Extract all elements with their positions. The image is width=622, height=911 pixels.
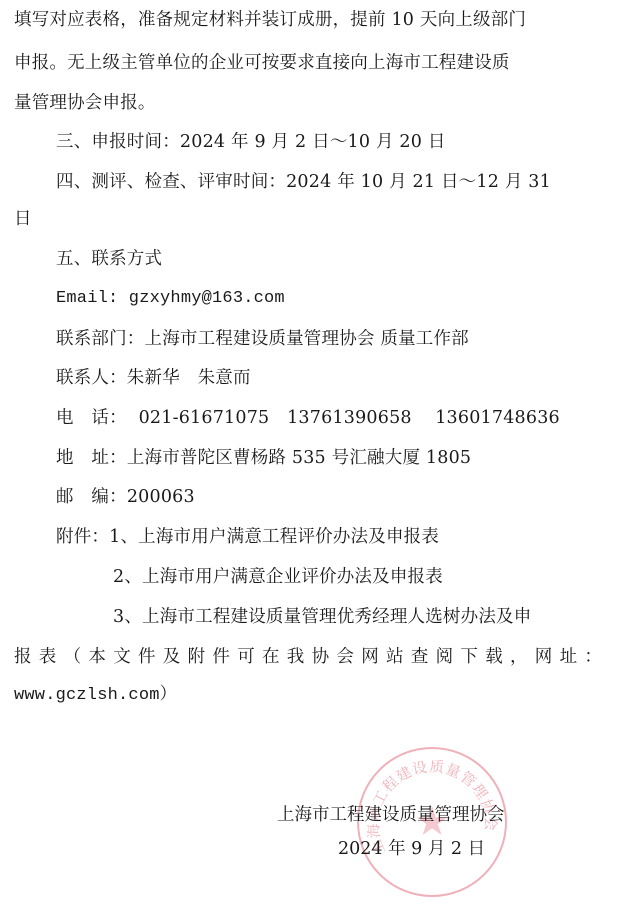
attachment-2: 2、上海市用户满意企业评价办法及申报表 — [113, 565, 443, 589]
section-review-period-cont: 日 — [14, 207, 32, 231]
attachment-3: 3、上海市工程建设质量管理优秀经理人选树办法及申 — [113, 605, 531, 629]
paragraph-line-2: 申报。无上级主管单位的企业可按要求直接向上海市工程建设质 — [14, 51, 510, 75]
paragraph-line-1: 填写对应表格，准备规定材料并装订成册，提前 10 天向上级部门 — [14, 8, 526, 32]
signature-date: 2024 年 9 月 2 日 — [338, 837, 485, 861]
contact-address-value: 上海市普陀区曹杨路 535 号汇融大厦 1805 — [127, 448, 471, 468]
attachments-label: 附件： — [56, 527, 109, 547]
contact-phone-numbers: 021-61671075 13761390658 13601748636 — [139, 408, 560, 428]
attachment-1-text: 1、上海市用户满意工程评价办法及申报表 — [109, 527, 439, 547]
contact-postcode-label: 邮 编： — [56, 487, 127, 507]
contact-department: 联系部门：上海市工程建设质量管理协会 质量工作部 — [56, 327, 469, 351]
contact-postcode-value: 200063 — [127, 487, 195, 507]
website-link[interactable]: www.gczlsh.com） — [14, 684, 177, 708]
attachment-3-cont: 报表（本文件及附件可在我协会网站查阅下载，网址： — [14, 645, 609, 669]
section-submission-period: 三、申报时间：2024 年 9 月 2 日～10 月 20 日 — [56, 130, 446, 154]
contact-address-label: 地 址： — [56, 448, 127, 468]
contact-phone: 电 话： 021-61671075 13761390658 1360174863… — [56, 406, 560, 430]
contact-phone-label: 电 话： — [56, 408, 127, 428]
section-contact-title: 五、联系方式 — [56, 247, 162, 271]
contact-address: 地 址：上海市普陀区曹杨路 535 号汇融大厦 1805 — [56, 446, 471, 470]
contact-email: Email: gzxyhmy@163.com — [56, 287, 285, 311]
contact-persons: 联系人：朱新华 朱意而 — [56, 366, 251, 390]
paragraph-line-3: 量管理协会申报。 — [14, 91, 156, 115]
attachment-1: 附件：1、上海市用户满意工程评价办法及申报表 — [56, 525, 439, 549]
contact-postcode: 邮 编：200063 — [56, 485, 195, 509]
signature-organization: 上海市工程建设质量管理协会 — [277, 803, 505, 827]
section-review-period: 四、测评、检查、评审时间：2024 年 10 月 21 日～12 月 31 — [56, 170, 551, 194]
